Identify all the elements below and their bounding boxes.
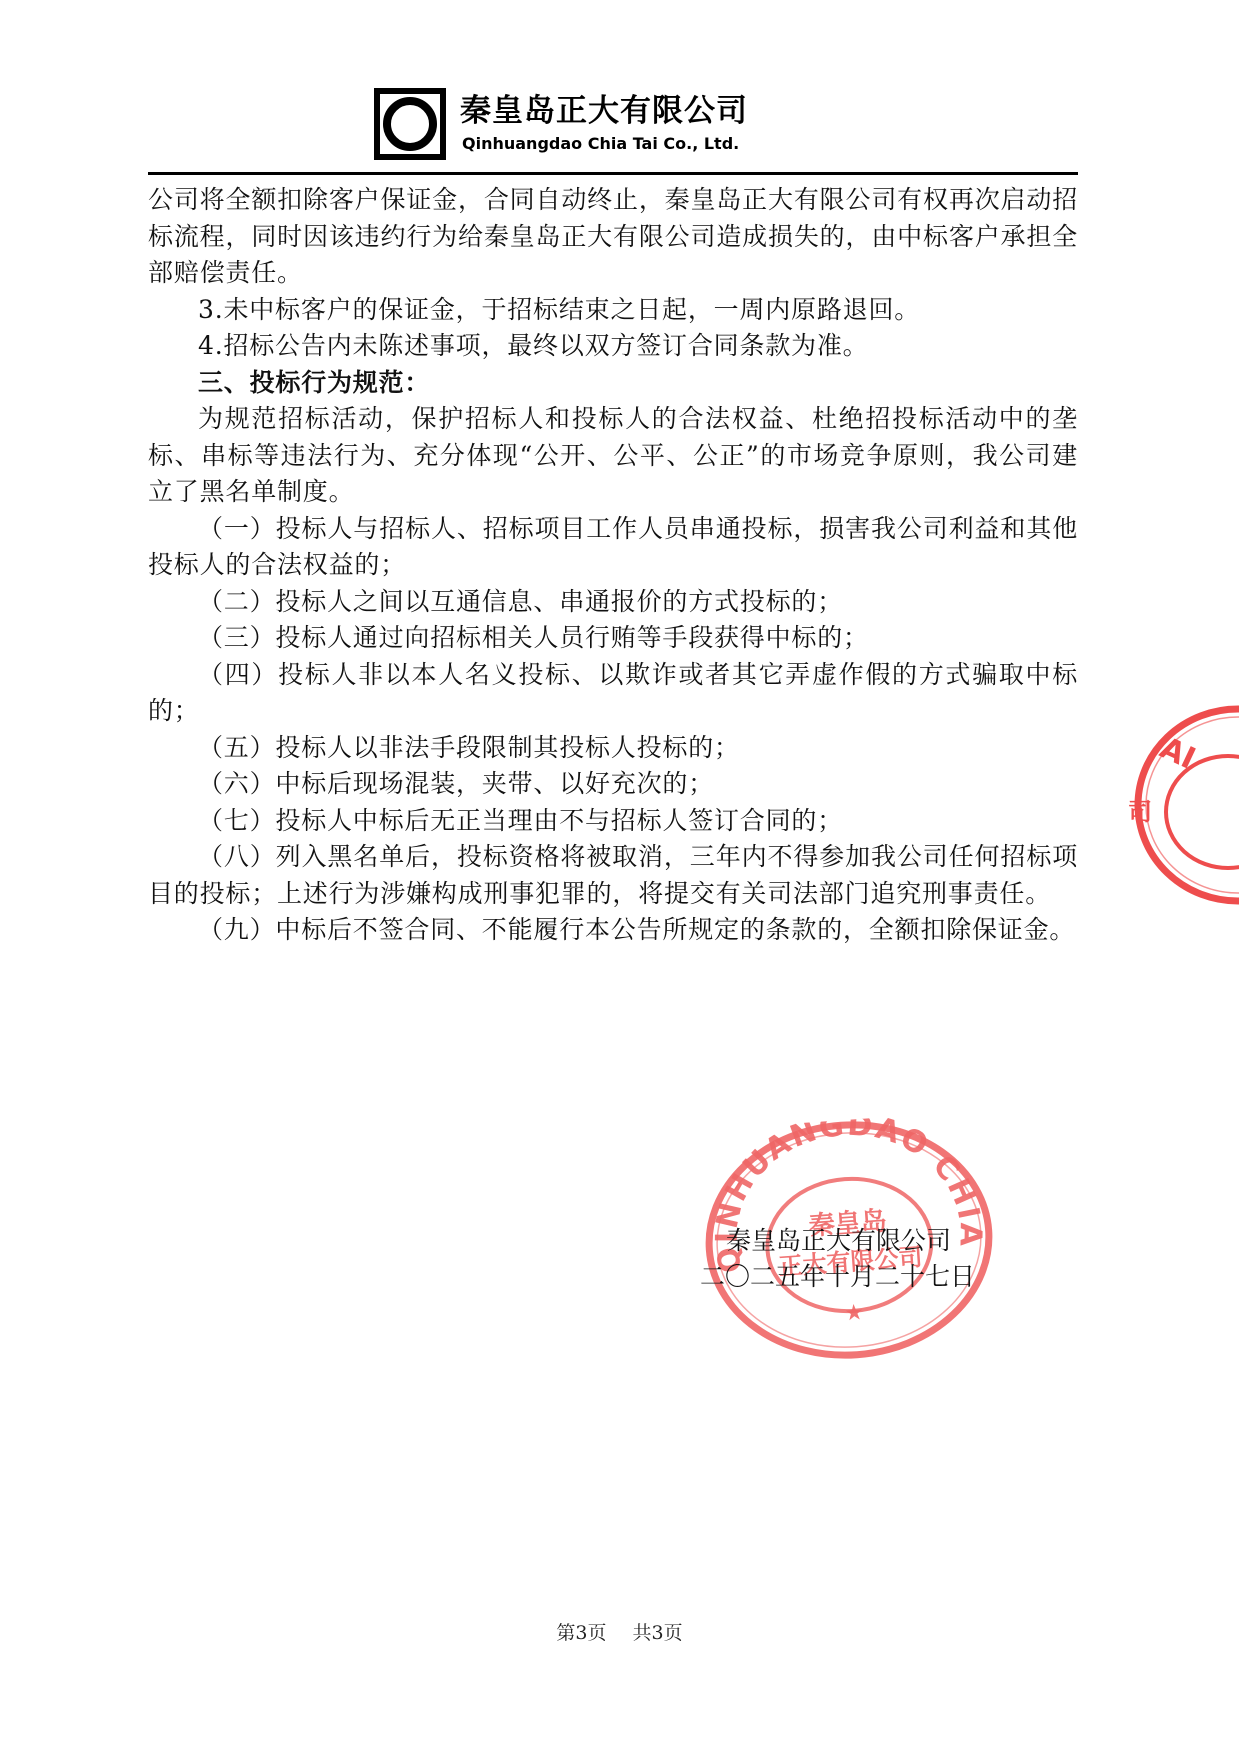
paragraph-item-4: 4.招标公告内未陈述事项，最终以双方签订合同条款为准。 [148, 328, 1078, 365]
svg-text:★: ★ [843, 1300, 864, 1326]
square-ring-logo-icon [374, 88, 446, 160]
company-name-en: Qinhuangdao Chia Tai Co., Ltd. [462, 132, 748, 156]
paragraph-intro: 为规范招标活动，保护招标人和投标人的合法权益、杜绝招投标活动中的垄标、串标等违法… [148, 401, 1078, 511]
clause-5: （五）投标人以非法手段限制其投标人投标的； [148, 730, 1078, 767]
paragraph-item-3: 3.未中标客户的保证金，于招标结束之日起，一周内原路退回。 [148, 292, 1078, 329]
svg-text:司: 司 [1128, 798, 1152, 826]
header-divider [148, 172, 1078, 175]
company-name-block: 秦皇岛正大有限公司 Qinhuangdao Chia Tai Co., Ltd. [460, 92, 748, 156]
clause-6: （六）中标后现场混装，夹带、以好充次的； [148, 766, 1078, 803]
clause-8: （八）列入黑名单后，投标资格将被取消，三年内不得参加我公司任何招标项目的投标；上… [148, 839, 1078, 912]
document-body: 公司将全额扣除客户保证金，合同自动终止，秦皇岛正大有限公司有权再次启动招标流程，… [148, 182, 1078, 949]
section-heading: 三、投标行为规范： [148, 365, 1078, 402]
paragraph-continuation: 公司将全额扣除客户保证金，合同自动终止，秦皇岛正大有限公司有权再次启动招标流程，… [148, 182, 1078, 292]
clause-3: （三）投标人通过向招标相关人员行贿等手段获得中标的； [148, 620, 1078, 657]
page-total: 共3页 [633, 1618, 683, 1645]
clause-7: （七）投标人中标后无正当理由不与招标人签订合同的； [148, 803, 1078, 840]
clause-2: （二）投标人之间以互通信息、串通报价的方式投标的； [148, 584, 1078, 621]
clause-9: （九）中标后不签合同、不能履行本公告所规定的条款的，全额扣除保证金。 [148, 912, 1078, 949]
signature-company: 秦皇岛正大有限公司 [700, 1223, 975, 1259]
document-page: 秦皇岛正大有限公司 Qinhuangdao Chia Tai Co., Ltd.… [0, 0, 1239, 1754]
signature-date: 二〇二五年十月二十七日 [700, 1259, 975, 1295]
signature-block: 秦皇岛正大有限公司 二〇二五年十月二十七日 [700, 1223, 975, 1295]
svg-text:AI: AI [1155, 731, 1201, 777]
letterhead: 秦皇岛正大有限公司 Qinhuangdao Chia Tai Co., Ltd. [374, 88, 748, 160]
edge-seal-stamp-icon: AI CO. LTD. 司 [1128, 700, 1239, 910]
clause-1: （一）投标人与招标人、招标项目工作人员串通投标，损害我公司利益和其他投标人的合法… [148, 511, 1078, 584]
clause-4: （四）投标人非以本人名义投标、以欺诈或者其它弄虚作假的方式骗取中标的； [148, 657, 1078, 730]
page-footer: 第3页共3页 [0, 1618, 1239, 1645]
company-name-cn: 秦皇岛正大有限公司 [460, 92, 748, 130]
page-number: 第3页 [556, 1618, 606, 1645]
